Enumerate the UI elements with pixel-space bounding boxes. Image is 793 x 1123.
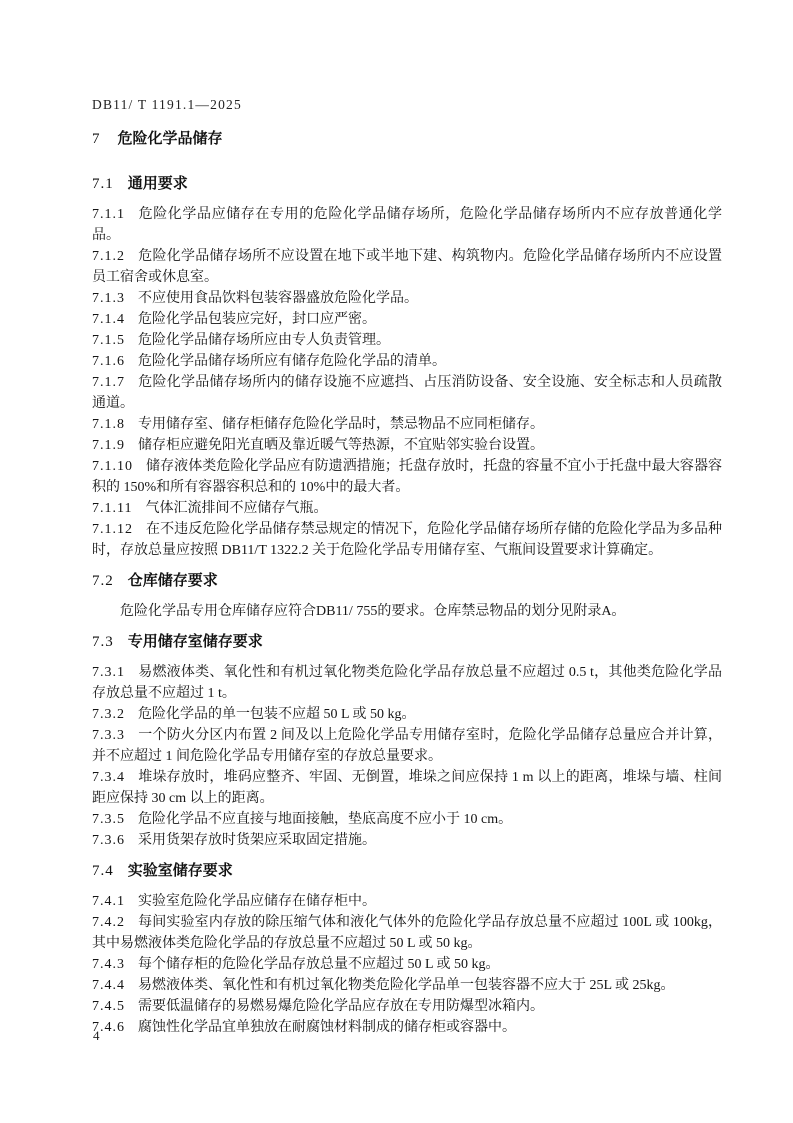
clause-7-1-10: 7.1.10储存液体类危险化学品应有防遗洒措施；托盘存放时，托盘的容量不宜小于托… <box>92 456 722 498</box>
clause-text: 每间实验室内存放的除压缩气体和液化气体外的危险化学品存放总量不应超过 100L … <box>92 915 722 951</box>
clause-text: 储存液体类危险化学品应有防遗洒措施；托盘存放时，托盘的容量不宜小于托盘中最大容器… <box>92 459 722 495</box>
clause-number: 7.1.1 <box>92 207 125 222</box>
clause-number: 7.4.5 <box>92 999 125 1014</box>
page-number: 4 <box>93 1029 100 1043</box>
clause-7-3-2: 7.3.2危险化学品的单一包装不应超 50 L 或 50 kg。 <box>92 704 722 725</box>
clause-7-1-2: 7.1.2危险化学品储存场所不应设置在地下或半地下建、构筑物内。危险化学品储存场… <box>92 246 722 288</box>
clause-text: 危险化学品储存场所内的储存设施不应遮挡、占压消防设备、安全设施、安全标志和人员疏… <box>92 375 722 411</box>
clause-7-4-3: 7.4.3每个储存柜的危险化学品存放总量不应超过 50 L 或 50 kg。 <box>92 954 722 975</box>
clause-text: 危险化学品包装应完好，封口应严密。 <box>138 312 376 327</box>
clause-number: 7.1.3 <box>92 291 125 306</box>
clause-text: 采用货架存放时货架应采取固定措施。 <box>138 833 376 848</box>
clause-7-1-4: 7.1.4危险化学品包装应完好，封口应严密。 <box>92 309 722 330</box>
clause-number: 7.3.5 <box>92 812 125 827</box>
section-number: 7.1 <box>92 176 114 192</box>
section-number: 7.2 <box>92 573 114 589</box>
clause-text: 每个储存柜的危险化学品存放总量不应超过 50 L 或 50 kg。 <box>138 957 500 972</box>
clause-7-1-11: 7.1.11气体汇流排间不应储存气瓶。 <box>92 498 722 519</box>
clause-7-4-2: 7.4.2每间实验室内存放的除压缩气体和液化气体外的危险化学品存放总量不应超过 … <box>92 912 722 954</box>
clause-text: 需要低温储存的易燃易爆危险化学品应存放在专用防爆型冰箱内。 <box>138 999 544 1014</box>
clause-number: 7.4.2 <box>92 915 125 930</box>
clause-text: 实验室危险化学品应储存在储存柜中。 <box>138 894 376 909</box>
clause-text: 堆垛存放时，堆码应整齐、牢固、无倒置，堆垛之间应保持 1 m 以上的距离，堆垛与… <box>92 770 722 806</box>
clause-7-1-6: 7.1.6危险化学品储存场所应有储存危险化学品的清单。 <box>92 351 722 372</box>
section-title: 仓库储存要求 <box>128 572 218 589</box>
clause-text: 危险化学品应储存在专用的危险化学品储存场所，危险化学品储存场所内不应存放普通化学… <box>92 207 722 243</box>
chapter-heading: 7危险化学品储存 <box>92 131 722 147</box>
clause-number: 7.1.5 <box>92 333 125 348</box>
clause-number: 7.1.11 <box>92 501 132 516</box>
clause-text: 腐蚀性化学品宜单独放在耐腐蚀材料制成的储存柜或容器中。 <box>138 1020 516 1035</box>
clause-number: 7.1.12 <box>92 522 133 537</box>
clause-text: 气体汇流排间不应储存气瓶。 <box>145 501 327 516</box>
clause-7-3-4: 7.3.4堆垛存放时，堆码应整齐、牢固、无倒置，堆垛之间应保持 1 m 以上的距… <box>92 767 722 809</box>
section-7-2-paragraph: 危险化学品专用仓库储存应符合DB11/ 755的要求。仓库禁忌物品的划分见附录A… <box>92 601 722 622</box>
section-number: 7.4 <box>92 863 114 879</box>
clause-text: 专用储存室、储存柜储存危险化学品时，禁忌物品不应同柜储存。 <box>138 417 544 432</box>
clause-number: 7.1.4 <box>92 312 125 327</box>
clause-7-4-1: 7.4.1实验室危险化学品应储存在储存柜中。 <box>92 891 722 912</box>
clause-text: 危险化学品储存场所应有储存危险化学品的清单。 <box>138 354 446 369</box>
clause-7-4-4: 7.4.4易燃液体类、氧化性和有机过氧化物类危险化学品单一包装容器不应大于 25… <box>92 975 722 996</box>
clause-text: 在不违反危险化学品储存禁忌规定的情况下，危险化学品储存场所存储的危险化学品为多品… <box>92 522 722 558</box>
clause-7-1-5: 7.1.5危险化学品储存场所应由专人负责管理。 <box>92 330 722 351</box>
clause-number: 7.1.9 <box>92 438 125 453</box>
clause-text: 危险化学品储存场所不应设置在地下或半地下建、构筑物内。危险化学品储存场所内不应设… <box>92 249 722 285</box>
clause-number: 7.4.4 <box>92 978 125 993</box>
document-header: DB11/ T 1191.1—2025 <box>92 98 722 112</box>
section-title: 专用储存室储存要求 <box>128 633 263 650</box>
clause-7-1-1: 7.1.1危险化学品应储存在专用的危险化学品储存场所，危险化学品储存场所内不应存… <box>92 204 722 246</box>
clause-number: 7.1.8 <box>92 417 125 432</box>
chapter-number: 7 <box>92 131 101 147</box>
clause-number: 7.3.3 <box>92 728 125 743</box>
section-number: 7.3 <box>92 634 114 650</box>
section-7-4-heading: 7.4实验室储存要求 <box>92 863 722 879</box>
chapter-title: 危险化学品储存 <box>118 130 223 147</box>
clause-number: 7.3.2 <box>92 707 125 722</box>
section-title: 实验室储存要求 <box>128 862 233 879</box>
clause-7-1-8: 7.1.8专用储存室、储存柜储存危险化学品时，禁忌物品不应同柜储存。 <box>92 414 722 435</box>
clause-7-3-5: 7.3.5危险化学品不应直接与地面接触，垫底高度不应小于 10 cm。 <box>92 809 722 830</box>
clause-text: 易燃液体类、氧化性和有机过氧化物类危险化学品存放总量不应超过 0.5 t，其他类… <box>92 665 722 701</box>
clause-number: 7.4.1 <box>92 894 125 909</box>
clause-text: 危险化学品储存场所应由专人负责管理。 <box>138 333 390 348</box>
clause-7-3-6: 7.3.6采用货架存放时货架应采取固定措施。 <box>92 830 722 851</box>
clause-number: 7.1.2 <box>92 249 125 264</box>
clause-number: 7.1.6 <box>92 354 125 369</box>
clause-text: 储存柜应避免阳光直晒及靠近暖气等热源，不宜贴邻实验台设置。 <box>138 438 544 453</box>
section-title: 通用要求 <box>128 175 188 192</box>
clause-7-4-6: 7.4.6腐蚀性化学品宜单独放在耐腐蚀材料制成的储存柜或容器中。 <box>92 1017 722 1038</box>
clause-text: 危险化学品不应直接与地面接触，垫底高度不应小于 10 cm。 <box>138 812 512 827</box>
clause-number: 7.3.4 <box>92 770 125 785</box>
clause-number: 7.1.7 <box>92 375 125 390</box>
page-content: DB11/ T 1191.1—2025 7危险化学品储存 7.1通用要求 7.1… <box>92 98 722 1038</box>
section-7-1-heading: 7.1通用要求 <box>92 176 722 192</box>
clause-text: 危险化学品的单一包装不应超 50 L 或 50 kg。 <box>138 707 416 722</box>
clause-number: 7.1.10 <box>92 459 133 474</box>
clause-7-1-12: 7.1.12在不违反危险化学品储存禁忌规定的情况下，危险化学品储存场所存储的危险… <box>92 519 722 561</box>
clause-number: 7.3.6 <box>92 833 125 848</box>
clause-7-1-9: 7.1.9储存柜应避免阳光直晒及靠近暖气等热源，不宜贴邻实验台设置。 <box>92 435 722 456</box>
clause-text: 不应使用食品饮料包装容器盛放危险化学品。 <box>138 291 418 306</box>
clause-7-3-3: 7.3.3一个防火分区内布置 2 间及以上危险化学品专用储存室时，危险化学品储存… <box>92 725 722 767</box>
clause-text: 一个防火分区内布置 2 间及以上危险化学品专用储存室时，危险化学品储存总量应合并… <box>92 728 722 764</box>
section-7-2-heading: 7.2仓库储存要求 <box>92 573 722 589</box>
section-7-3-heading: 7.3专用储存室储存要求 <box>92 634 722 650</box>
clause-7-1-3: 7.1.3不应使用食品饮料包装容器盛放危险化学品。 <box>92 288 722 309</box>
clause-7-4-5: 7.4.5需要低温储存的易燃易爆危险化学品应存放在专用防爆型冰箱内。 <box>92 996 722 1017</box>
clause-7-1-7: 7.1.7危险化学品储存场所内的储存设施不应遮挡、占压消防设备、安全设施、安全标… <box>92 372 722 414</box>
clause-number: 7.4.3 <box>92 957 125 972</box>
document-page: DB11/ T 1191.1—2025 7危险化学品储存 7.1通用要求 7.1… <box>0 0 793 1123</box>
clause-7-3-1: 7.3.1易燃液体类、氧化性和有机过氧化物类危险化学品存放总量不应超过 0.5 … <box>92 662 722 704</box>
clause-number: 7.3.1 <box>92 665 125 680</box>
clause-text: 易燃液体类、氧化性和有机过氧化物类危险化学品单一包装容器不应大于 25L 或 2… <box>138 978 675 993</box>
